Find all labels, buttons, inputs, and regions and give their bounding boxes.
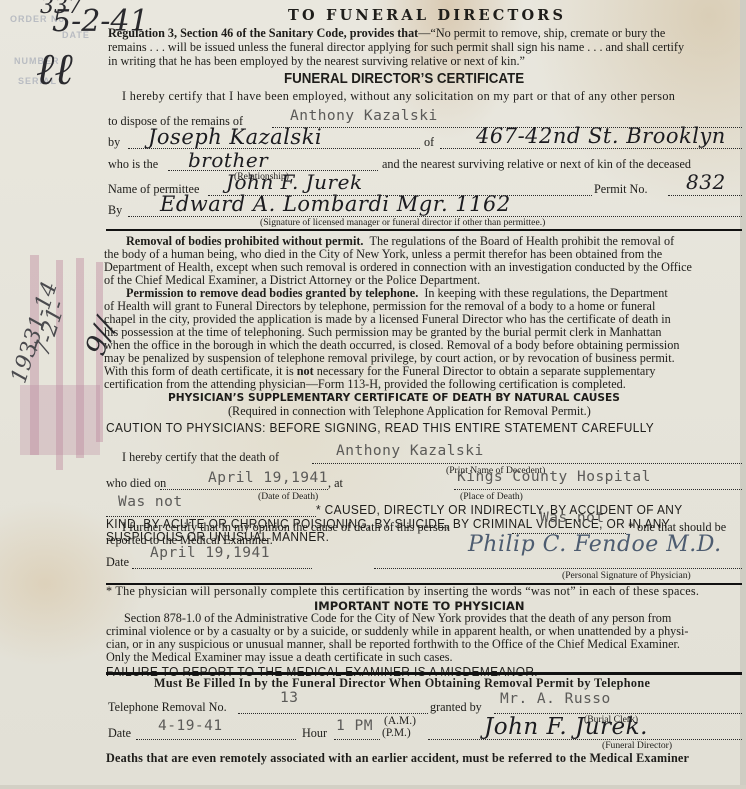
removal-date-line: [136, 739, 296, 740]
caused-line-1: * CAUSED, DIRECTLY OR INDIRECTLY, BY ACC…: [316, 502, 683, 517]
removal-line: Department of Health, except when such r…: [104, 261, 742, 274]
died-on-label: who died on: [106, 477, 166, 490]
stamp-block: [20, 385, 100, 455]
funeral-director-signature-field[interactable]: John F. Jurek.: [484, 714, 648, 740]
address-field[interactable]: 467-42nd St. Brooklyn: [476, 124, 726, 148]
removal-date-label: Date: [108, 727, 131, 740]
further-label: I further certify that in my opinion the…: [122, 521, 450, 534]
physician-certificate-subtitle: (Required in connection with Telephone A…: [228, 405, 591, 418]
permission-text: necessary for the Funeral Director to ob…: [317, 365, 656, 378]
not-emphasis: not: [297, 365, 314, 378]
page-edge-bottom: [0, 785, 746, 789]
permission-heading: Permission to remove dead bodies granted…: [126, 287, 418, 300]
permission-text: In keeping with these regulations, the D…: [424, 287, 667, 300]
permission-line: chapel in the city, provided the applica…: [104, 313, 742, 326]
removal-line: the body of a human being, who died in t…: [104, 248, 742, 261]
section-divider: [106, 229, 742, 231]
physician-date-field[interactable]: April 19,1941: [150, 545, 270, 561]
caution-text: CAUTION TO PHYSICIANS: BEFORE SIGNING, R…: [106, 420, 654, 435]
manager-signature-field[interactable]: Edward A. Lombardi Mgr. 1162: [160, 192, 511, 216]
permission-line: when the office in the borough in which …: [104, 339, 742, 352]
decedent-line: [312, 463, 742, 464]
death-date-line: [160, 489, 328, 490]
hour-field[interactable]: 1 PM: [336, 718, 373, 734]
form-title: TO FUNERAL DIRECTORS: [288, 7, 566, 24]
signature-by-label: By: [108, 204, 122, 217]
permission-line: his possession at the time of telephonin…: [104, 326, 742, 339]
physician-signature-field[interactable]: Philip C. Fendoe M.D.: [468, 532, 722, 557]
removal-line: of the Chief Medical Examiner, a Distric…: [104, 274, 742, 287]
regulation-line-1: Regulation 3, Section 46 of the Sanitary…: [108, 27, 742, 40]
section-divider-thick: [106, 672, 742, 675]
date-of-death-caption: (Date of Death): [258, 491, 318, 502]
date-of-death-field[interactable]: April 19,1941: [208, 470, 328, 486]
pm-label: (P.M.): [382, 727, 411, 740]
funeral-director-caption: (Funeral Director): [602, 740, 672, 751]
removal-heading: Removal of bodies prohibited without per…: [126, 235, 363, 248]
dispose-remains-field[interactable]: Anthony Kazalski: [290, 108, 438, 124]
regulation-line-2: remains . . . will be issued unless the …: [108, 41, 742, 54]
handwritten-initials: ℓℓ: [36, 44, 73, 95]
physician-date-label: Date: [106, 556, 129, 569]
hour-label: Hour: [302, 727, 327, 740]
permit-no-label: Permit No.: [594, 183, 648, 196]
accident-referral-warning: Deaths that are even remotely associated…: [106, 752, 689, 765]
funeral-director-certificate-title: FUNERAL DIRECTOR’S CERTIFICATE: [284, 71, 524, 87]
granted-by-label: granted by: [430, 701, 482, 714]
removal-no-label: Telephone Removal No.: [108, 701, 227, 714]
place-of-death-field[interactable]: Kings County Hospital: [457, 469, 651, 485]
page-edge: [740, 0, 746, 789]
permission-line: may be penalized by suspension of teleph…: [104, 352, 742, 365]
permission-text: With this form of death certificate, it …: [104, 365, 294, 378]
who-is-label: who is the: [108, 158, 158, 171]
permission-line: certification from the attending physici…: [104, 378, 742, 391]
at-label: , at: [328, 477, 343, 490]
removal-date-field[interactable]: 4-19-41: [158, 718, 223, 734]
telephone-removal-title: Must Be Filled In by the Funeral Directo…: [154, 677, 650, 690]
important-note-line: Section 878-1.0 of the Administrative Co…: [124, 612, 742, 625]
regulation-bold: Regulation 3, Section 46 of the Sanitary…: [108, 27, 418, 40]
signature-caption: (Signature of licensed manager or funera…: [260, 217, 545, 228]
physician-signature-line: [374, 568, 742, 569]
important-note-title: IMPORTANT NOTE TO PHYSICIAN: [314, 599, 525, 613]
granted-by-field[interactable]: Mr. A. Russo: [500, 691, 611, 707]
permission-line: of Health will grant to Funeral Director…: [104, 300, 742, 313]
by-label: by: [108, 136, 120, 149]
was-not-field-2[interactable]: Was not: [540, 510, 605, 526]
permission-line: With this form of death certificate, it …: [104, 365, 742, 378]
of-line: [440, 148, 742, 149]
permittee-field[interactable]: John F. Jurek: [226, 170, 363, 194]
hour-line: [334, 739, 380, 740]
important-note-line: cian, or in any suspicious or unusual ma…: [106, 638, 742, 651]
removal-no-field[interactable]: 13: [280, 690, 298, 706]
regulation-text: —“No permit to remove, ship, cremate or …: [418, 27, 665, 40]
permit-no-field[interactable]: 832: [686, 170, 726, 194]
certify-label: I hereby certify that the death of: [122, 451, 279, 464]
removal-no-line: [238, 713, 428, 714]
employed-by-field[interactable]: Joseph Kazalski: [148, 125, 322, 149]
relationship-field[interactable]: brother: [188, 148, 268, 172]
removal-text: The regulations of the Board of Health p…: [370, 235, 675, 248]
physician-date-line: [132, 568, 312, 569]
physician-signature-caption: (Personal Signature of Physician): [562, 570, 691, 581]
regulation-line-3: in writing that he has been employed by …: [108, 55, 742, 68]
permit-no-line: [668, 195, 742, 196]
place-of-death-caption: (Place of Death): [460, 491, 523, 502]
decedent-name-field[interactable]: Anthony Kazalski: [336, 443, 484, 459]
was-not-field-1[interactable]: Was not: [118, 494, 183, 510]
removal-paragraph-1: Removal of bodies prohibited without per…: [126, 235, 742, 248]
certificate-intro: I hereby certify that I have been employ…: [122, 90, 742, 103]
physician-certificate-title: PHYSICIAN’S SUPPLEMENTARY CERTIFICATE OF…: [168, 392, 620, 404]
important-note-line: criminal violence or by a casualty or by…: [106, 625, 742, 638]
of-label: of: [424, 136, 434, 149]
physician-footnote: * The physician will personally complete…: [106, 585, 744, 598]
permission-paragraph: Permission to remove dead bodies granted…: [126, 287, 742, 300]
place-line: [454, 489, 742, 490]
important-note-line: Only the Medical Examiner may issue a de…: [106, 651, 742, 664]
